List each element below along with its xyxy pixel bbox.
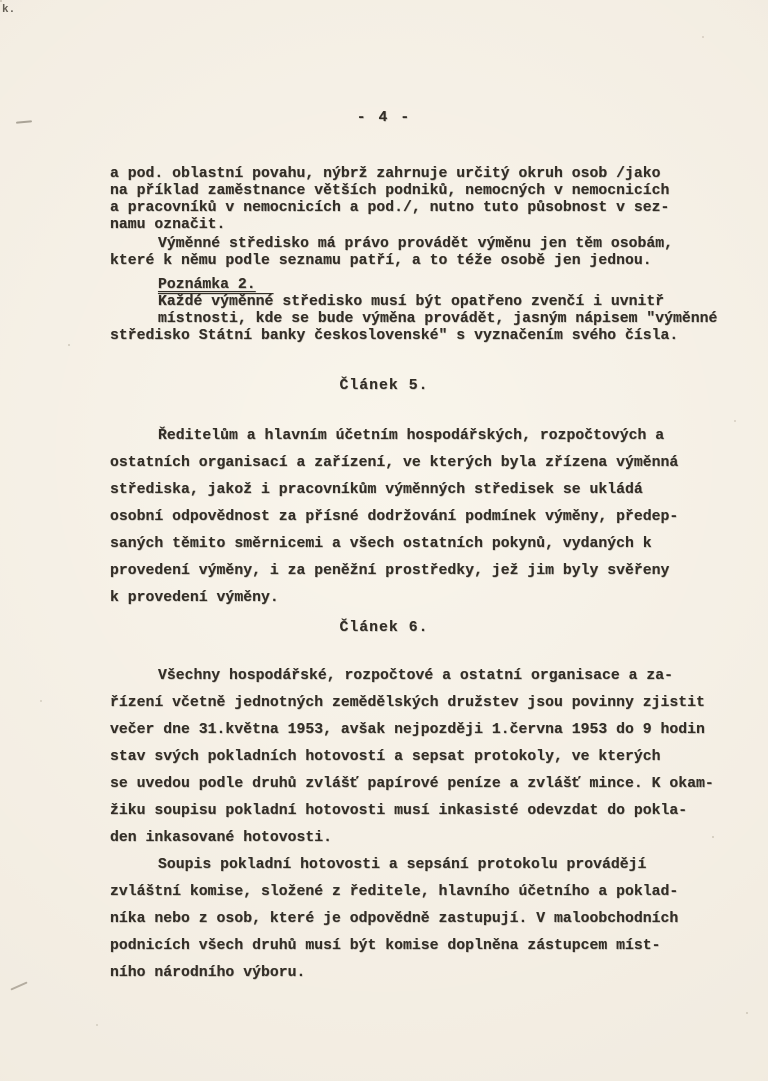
note-2-block: Poznámka 2.Každé výměnné středisko musí … [110, 277, 722, 345]
article-6-body-paragraph-1: Všechny hospodářské, rozpočtové a ostatn… [110, 663, 722, 852]
article-5-body: Ředitelům a hlavním účetním hospodářskýc… [110, 423, 722, 612]
exchange-center-paragraph: Výměnné středisko má právo provádět výmě… [110, 236, 722, 270]
note-2-body: Každé výměnné středisko musí být opatřen… [110, 294, 722, 345]
article-6-heading: Článek 6. [0, 620, 768, 637]
paper-specks [0, 0, 2, 2]
scanned-document-page: k. - 4 - a pod. oblastní povahu, nýbrž z… [0, 0, 768, 1081]
pencil-dash-bottom-left [10, 981, 27, 990]
note-2-line1-rest: středisko musí být opatřeno zvenčí i uvn… [273, 294, 664, 310]
article-6-body-paragraph-2: Soupis pokladní hotovosti a sepsání prot… [110, 852, 722, 987]
intro-paragraph: a pod. oblastní povahu, nýbrž zahrnuje u… [110, 166, 722, 234]
article-5-heading: Článek 5. [0, 378, 768, 395]
ink-smudge-mark: k. [2, 5, 15, 16]
note-2-heading: Poznámka 2. [158, 277, 256, 293]
note-2-overstruck-words: Každé výměnné [158, 294, 273, 310]
page-number: - 4 - [0, 110, 768, 127]
document-body: a pod. oblastní povahu, nýbrž zahrnuje u… [110, 166, 722, 987]
note-2-rest-lines: místnosti, kde se bude výměna provádět, … [110, 311, 722, 345]
